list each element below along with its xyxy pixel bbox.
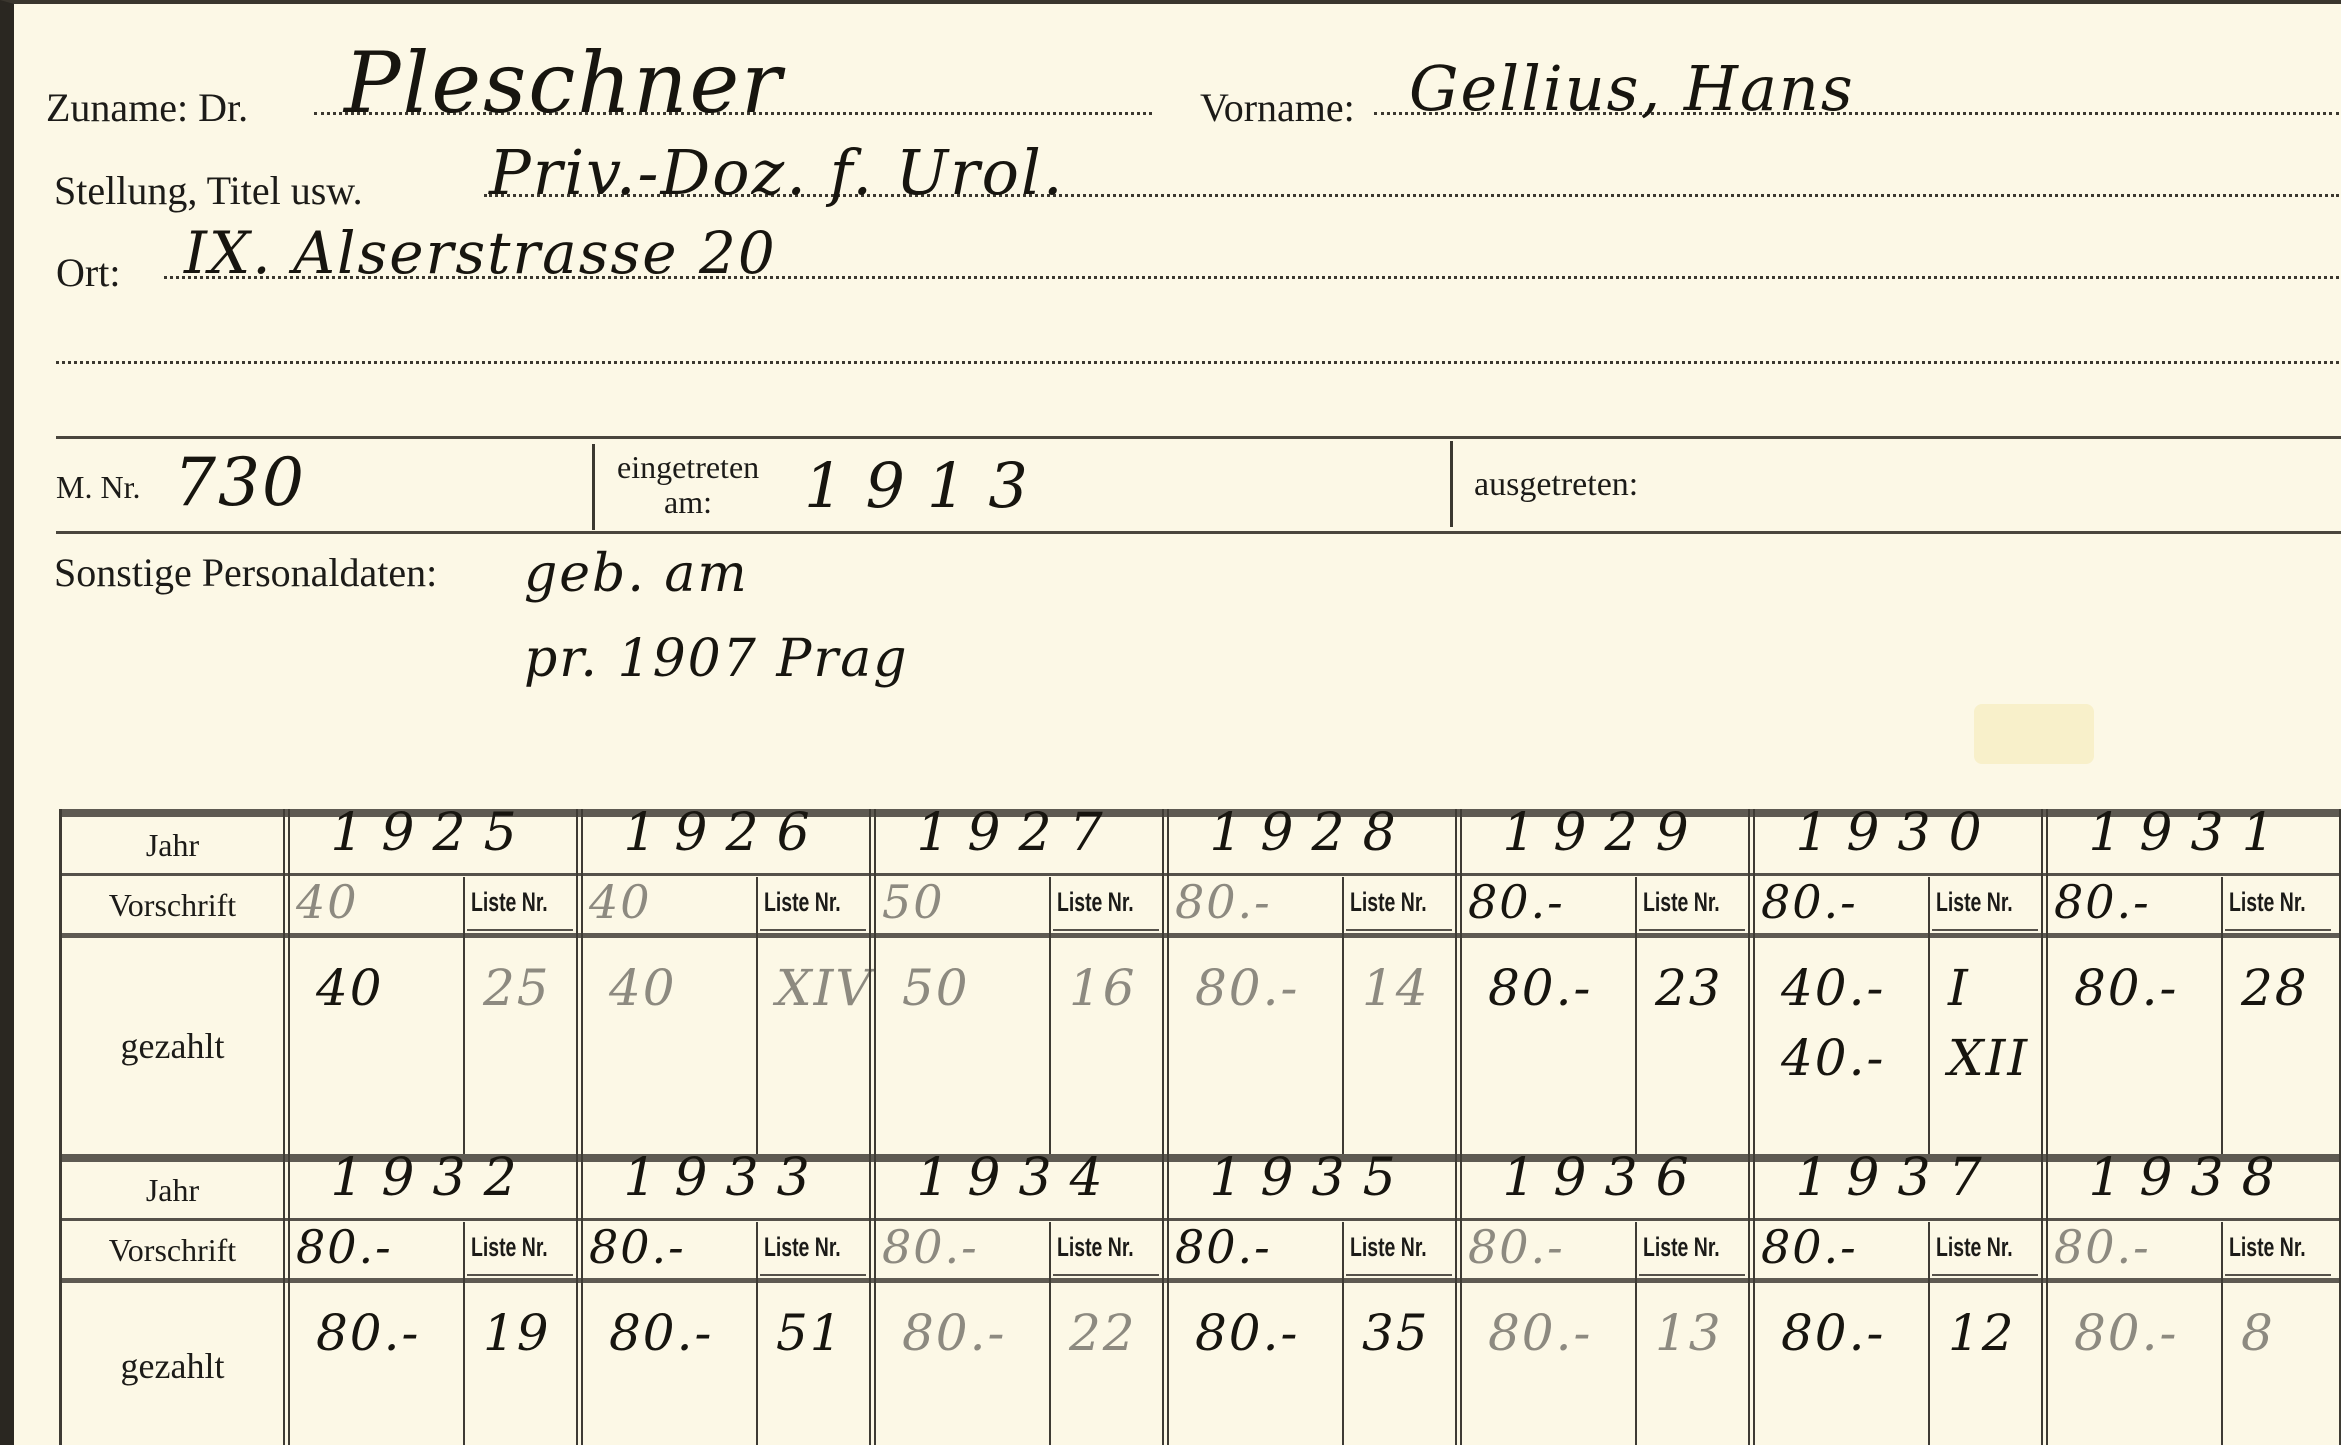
- liste-nr-1936: 13: [1655, 1304, 1723, 1362]
- vorschrift-1937: 80.-: [1761, 1220, 1858, 1274]
- liste-underline: [1346, 1274, 1452, 1276]
- membership-index-card: Zuname: Dr. Pleschner Vorname: Gellius, …: [0, 0, 2341, 1445]
- column-divider: [1455, 1154, 1462, 1445]
- liste-underline: [2225, 1274, 2331, 1276]
- liste-divider: [463, 1222, 465, 1445]
- vorschrift-1932: 80.-: [296, 1220, 393, 1274]
- liste-nr-label: Liste Nr.: [2229, 1232, 2306, 1263]
- liste-nr-label: Liste Nr.: [1350, 1232, 1427, 1263]
- year-1935: 1935: [1185, 1148, 1438, 1208]
- vorschrift-1935: 80.-: [1175, 1220, 1272, 1274]
- liste-underline: [760, 1274, 866, 1276]
- liste-divider: [1635, 1222, 1637, 1445]
- gezahlt-1936: 80.-: [1488, 1304, 1592, 1362]
- liste-divider: [1342, 1222, 1344, 1445]
- liste-nr-1937: 12: [1948, 1304, 2016, 1362]
- gezahlt-1935: 80.-: [1195, 1304, 1299, 1362]
- vorschrift-1934: 80.-: [882, 1220, 979, 1274]
- year-1938: 1938: [2064, 1148, 2317, 1208]
- row-separator-vorschrift: [59, 1278, 2339, 1283]
- dues-table-block-2: JahrVorschriftgezahlt193280.-Liste Nr.80…: [14, 4, 2341, 1445]
- column-divider: [1748, 1154, 1755, 1445]
- gezahlt-1933: 80.-: [609, 1304, 713, 1362]
- liste-underline: [1639, 1274, 1745, 1276]
- year-1933: 1933: [599, 1148, 852, 1208]
- year-1936: 1936: [1478, 1148, 1731, 1208]
- liste-nr-1934: 22: [1069, 1304, 1137, 1362]
- gezahlt-1937: 80.-: [1781, 1304, 1885, 1362]
- liste-nr-label: Liste Nr.: [764, 1232, 841, 1263]
- gezahlt-1932: 80.-: [316, 1304, 420, 1362]
- liste-nr-label: Liste Nr.: [1936, 1232, 2013, 1263]
- row-label-jahr: Jahr: [59, 1162, 286, 1218]
- column-divider: [869, 1154, 876, 1445]
- liste-nr-1935: 35: [1362, 1304, 1430, 1362]
- liste-underline: [467, 1274, 573, 1276]
- liste-divider: [1049, 1222, 1051, 1445]
- liste-nr-1938: 8: [2241, 1304, 2275, 1362]
- liste-divider: [2221, 1222, 2223, 1445]
- gezahlt-1934: 80.-: [902, 1304, 1006, 1362]
- liste-divider: [1928, 1222, 1930, 1445]
- gezahlt-1938: 80.-: [2074, 1304, 2178, 1362]
- year-1934: 1934: [892, 1148, 1145, 1208]
- row-label-gezahlt: gezahlt: [59, 1284, 286, 1445]
- liste-underline: [1932, 1274, 2038, 1276]
- liste-nr-1933: 51: [776, 1304, 844, 1362]
- vorschrift-1936: 80.-: [1468, 1220, 1565, 1274]
- year-1932: 1932: [306, 1148, 559, 1208]
- liste-underline: [1053, 1274, 1159, 1276]
- column-divider: [576, 1154, 583, 1445]
- vorschrift-1933: 80.-: [589, 1220, 686, 1274]
- column-divider: [1162, 1154, 1169, 1445]
- column-divider: [2041, 1154, 2048, 1445]
- liste-nr-label: Liste Nr.: [1057, 1232, 1134, 1263]
- liste-nr-label: Liste Nr.: [471, 1232, 548, 1263]
- liste-nr-label: Liste Nr.: [1643, 1232, 1720, 1263]
- liste-nr-1932: 19: [483, 1304, 551, 1362]
- column-divider: [283, 1154, 290, 1445]
- year-1937: 1937: [1771, 1148, 2024, 1208]
- liste-divider: [756, 1222, 758, 1445]
- vorschrift-1938: 80.-: [2054, 1220, 2151, 1274]
- row-label-vorschrift: Vorschrift: [59, 1222, 286, 1278]
